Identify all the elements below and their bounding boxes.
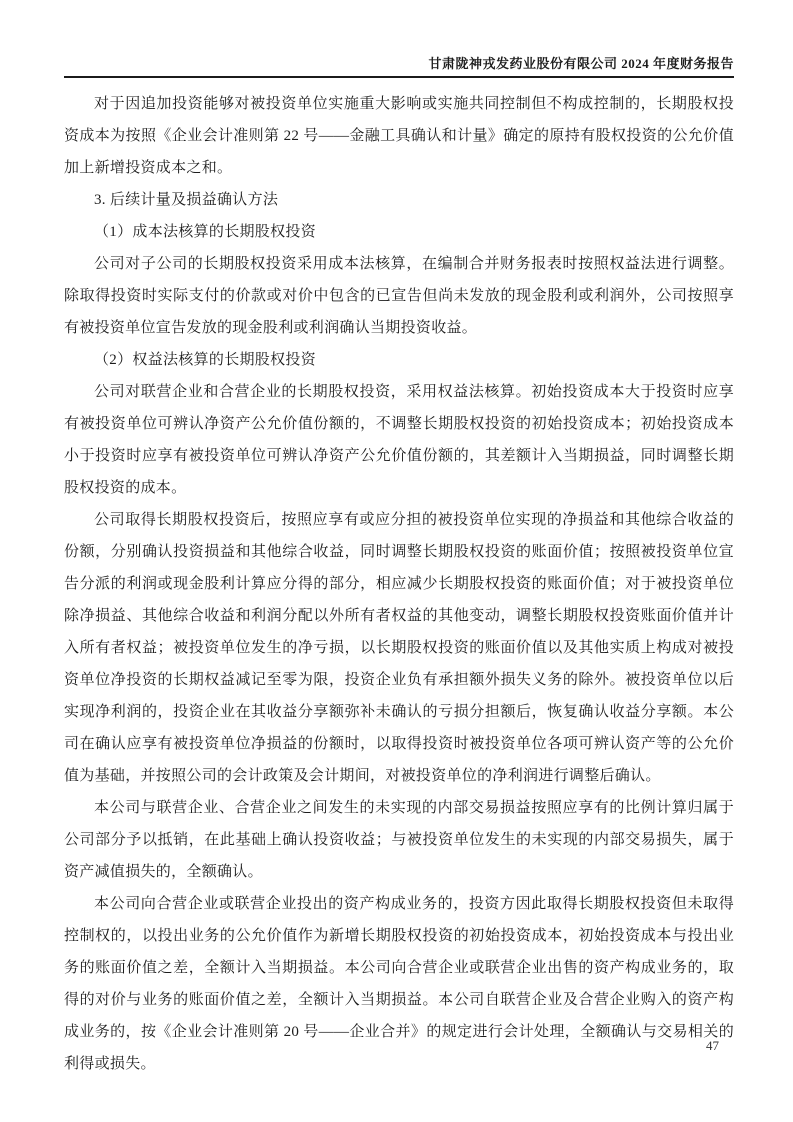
page-header: 甘肃陇神戎发药业股份有限公司 2024 年度财务报告 bbox=[64, 53, 734, 78]
paragraph-equity-method-subsequent: 公司取得长期股权投资后，按照应享有或应分担的被投资单位实现的净损益和其他综合收益… bbox=[64, 504, 734, 792]
document-page: 甘肃陇神戎发药业股份有限公司 2024 年度财务报告 对于因追加投资能够对被投资… bbox=[0, 0, 793, 1122]
paragraph-unrealized-internal-transactions: 本公司与联营企业、合营企业之间发生的未实现的内部交易损益按照应享有的比例计算归属… bbox=[64, 792, 734, 888]
section-heading-subsequent-measurement: 3. 后续计量及损益确认方法 bbox=[64, 184, 734, 216]
document-body: 对于因追加投资能够对被投资单位实施重大影响或实施共同控制但不构成控制的，长期股权… bbox=[64, 88, 734, 1080]
page-header-title: 甘肃陇神戎发药业股份有限公司 2024 年度财务报告 bbox=[64, 53, 734, 72]
paragraph-asset-contribution-business: 本公司向合营企业或联营企业投出的资产构成业务的，投资方因此取得长期股权投资但未取… bbox=[64, 888, 734, 1080]
paragraph-cost-method: 公司对子公司的长期股权投资采用成本法核算，在编制合并财务报表时按照权益法进行调整… bbox=[64, 248, 734, 344]
page-number: 47 bbox=[706, 1038, 719, 1054]
paragraph-additional-investment: 对于因追加投资能够对被投资单位实施重大影响或实施共同控制但不构成控制的，长期股权… bbox=[64, 88, 734, 184]
paragraph-equity-method-initial-cost: 公司对联营企业和合营企业的长期股权投资，采用权益法核算。初始投资成本大于投资时应… bbox=[64, 376, 734, 504]
section-heading-equity-method: （2）权益法核算的长期股权投资 bbox=[64, 344, 734, 376]
section-heading-cost-method: （1）成本法核算的长期股权投资 bbox=[64, 216, 734, 248]
